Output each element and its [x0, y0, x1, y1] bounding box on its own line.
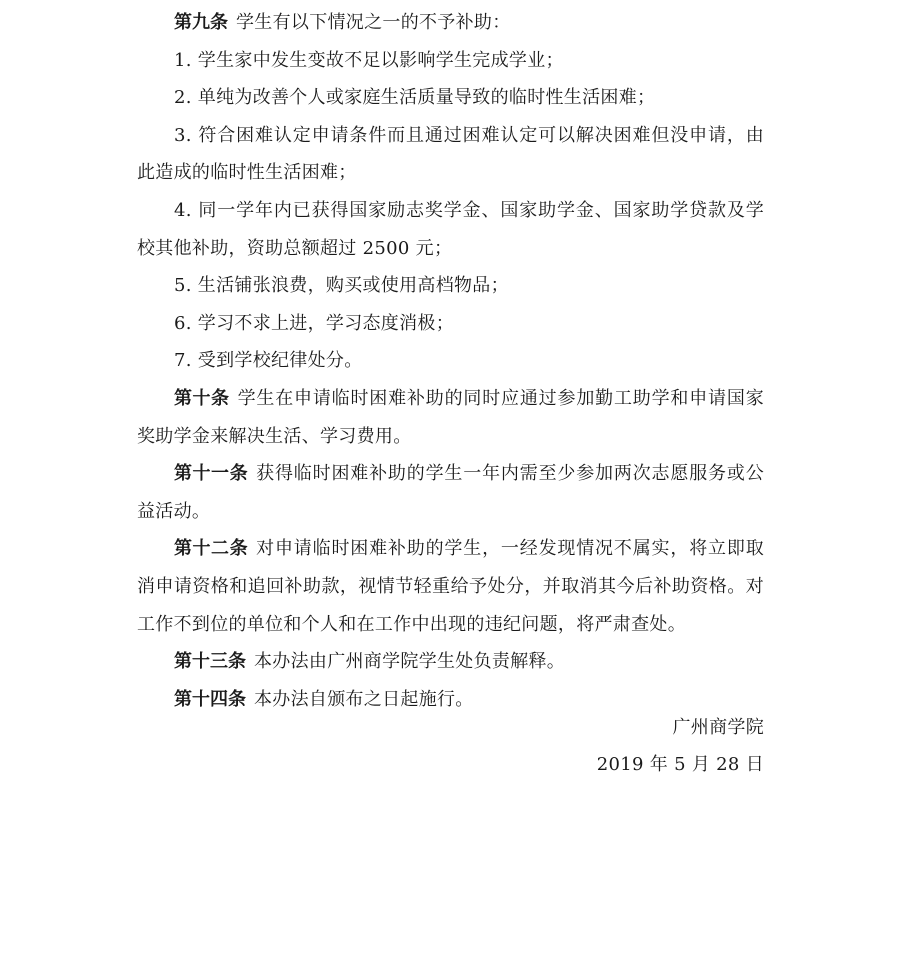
list-item-text: 6. 学习不求上进，学习态度消极；: [174, 313, 454, 334]
document-body: 第九条学生有以下情况之一的不予补助： 1. 学生家中发生变故不足以影响学生完成学…: [137, 4, 764, 718]
list-item-text: 3. 符合困难认定申请条件而且通过困难认定可以解决困难但没申请，由此造成的临时性…: [137, 125, 764, 184]
article-9-item-3: 3. 符合困难认定申请条件而且通过困难认定可以解决困难但没申请，由此造成的临时性…: [137, 117, 764, 192]
article-9-item-2: 2. 单纯为改善个人或家庭生活质量导致的临时性生活困难；: [137, 79, 764, 117]
article-text: 学生在申请临时困难补助的同时应通过参加勤工助学和申请国家奖助学金来解决生活、学习…: [137, 388, 764, 447]
article-9-item-7: 7. 受到学校纪律处分。: [137, 342, 764, 380]
article-heading: 第十二条: [174, 538, 248, 559]
article-heading: 第十一条: [174, 463, 248, 484]
article-9-item-5: 5. 生活铺张浪费，购买或使用高档物品；: [137, 267, 764, 305]
list-item-text: 1. 学生家中发生变故不足以影响学生完成学业；: [174, 50, 564, 71]
article-14: 第十四条本办法自颁布之日起施行。: [137, 681, 764, 719]
article-10: 第十条学生在申请临时困难补助的同时应通过参加勤工助学和申请国家奖助学金来解决生活…: [137, 380, 764, 455]
article-11: 第十一条获得临时困难补助的学生一年内需至少参加两次志愿服务或公益活动。: [137, 455, 764, 530]
article-heading: 第十三条: [174, 651, 246, 672]
article-heading: 第九条: [174, 12, 228, 33]
article-9-item-4: 4. 同一学年内已获得国家励志奖学金、国家助学金、国家助学贷款及学校其他补助，资…: [137, 192, 764, 267]
article-text: 本办法自颁布之日起施行。: [254, 689, 474, 710]
article-text: 学生有以下情况之一的不予补助：: [236, 12, 511, 33]
article-heading: 第十四条: [174, 689, 246, 710]
article-9-item-6: 6. 学习不求上进，学习态度消极；: [137, 305, 764, 343]
list-item-text: 2. 单纯为改善个人或家庭生活质量导致的临时性生活困难；: [174, 87, 655, 108]
article-13: 第十三条本办法由广州商学院学生处负责解释。: [137, 643, 764, 681]
article-9: 第九条学生有以下情况之一的不予补助：: [137, 4, 764, 42]
list-item-text: 4. 同一学年内已获得国家励志奖学金、国家助学金、国家助学贷款及学校其他补助，资…: [137, 200, 764, 259]
article-9-item-1: 1. 学生家中发生变故不足以影响学生完成学业；: [137, 42, 764, 80]
list-item-text: 7. 受到学校纪律处分。: [174, 350, 363, 371]
signature-organization: 广州商学院: [673, 709, 765, 747]
list-item-text: 5. 生活铺张浪费，购买或使用高档物品；: [174, 275, 509, 296]
article-text: 本办法由广州商学院学生处负责解释。: [254, 651, 565, 672]
article-heading: 第十条: [174, 388, 230, 409]
signature-date: 2019 年 5 月 28 日: [597, 746, 764, 784]
article-12: 第十二条对申请临时困难补助的学生，一经发现情况不属实，将立即取消申请资格和追回补…: [137, 530, 764, 643]
